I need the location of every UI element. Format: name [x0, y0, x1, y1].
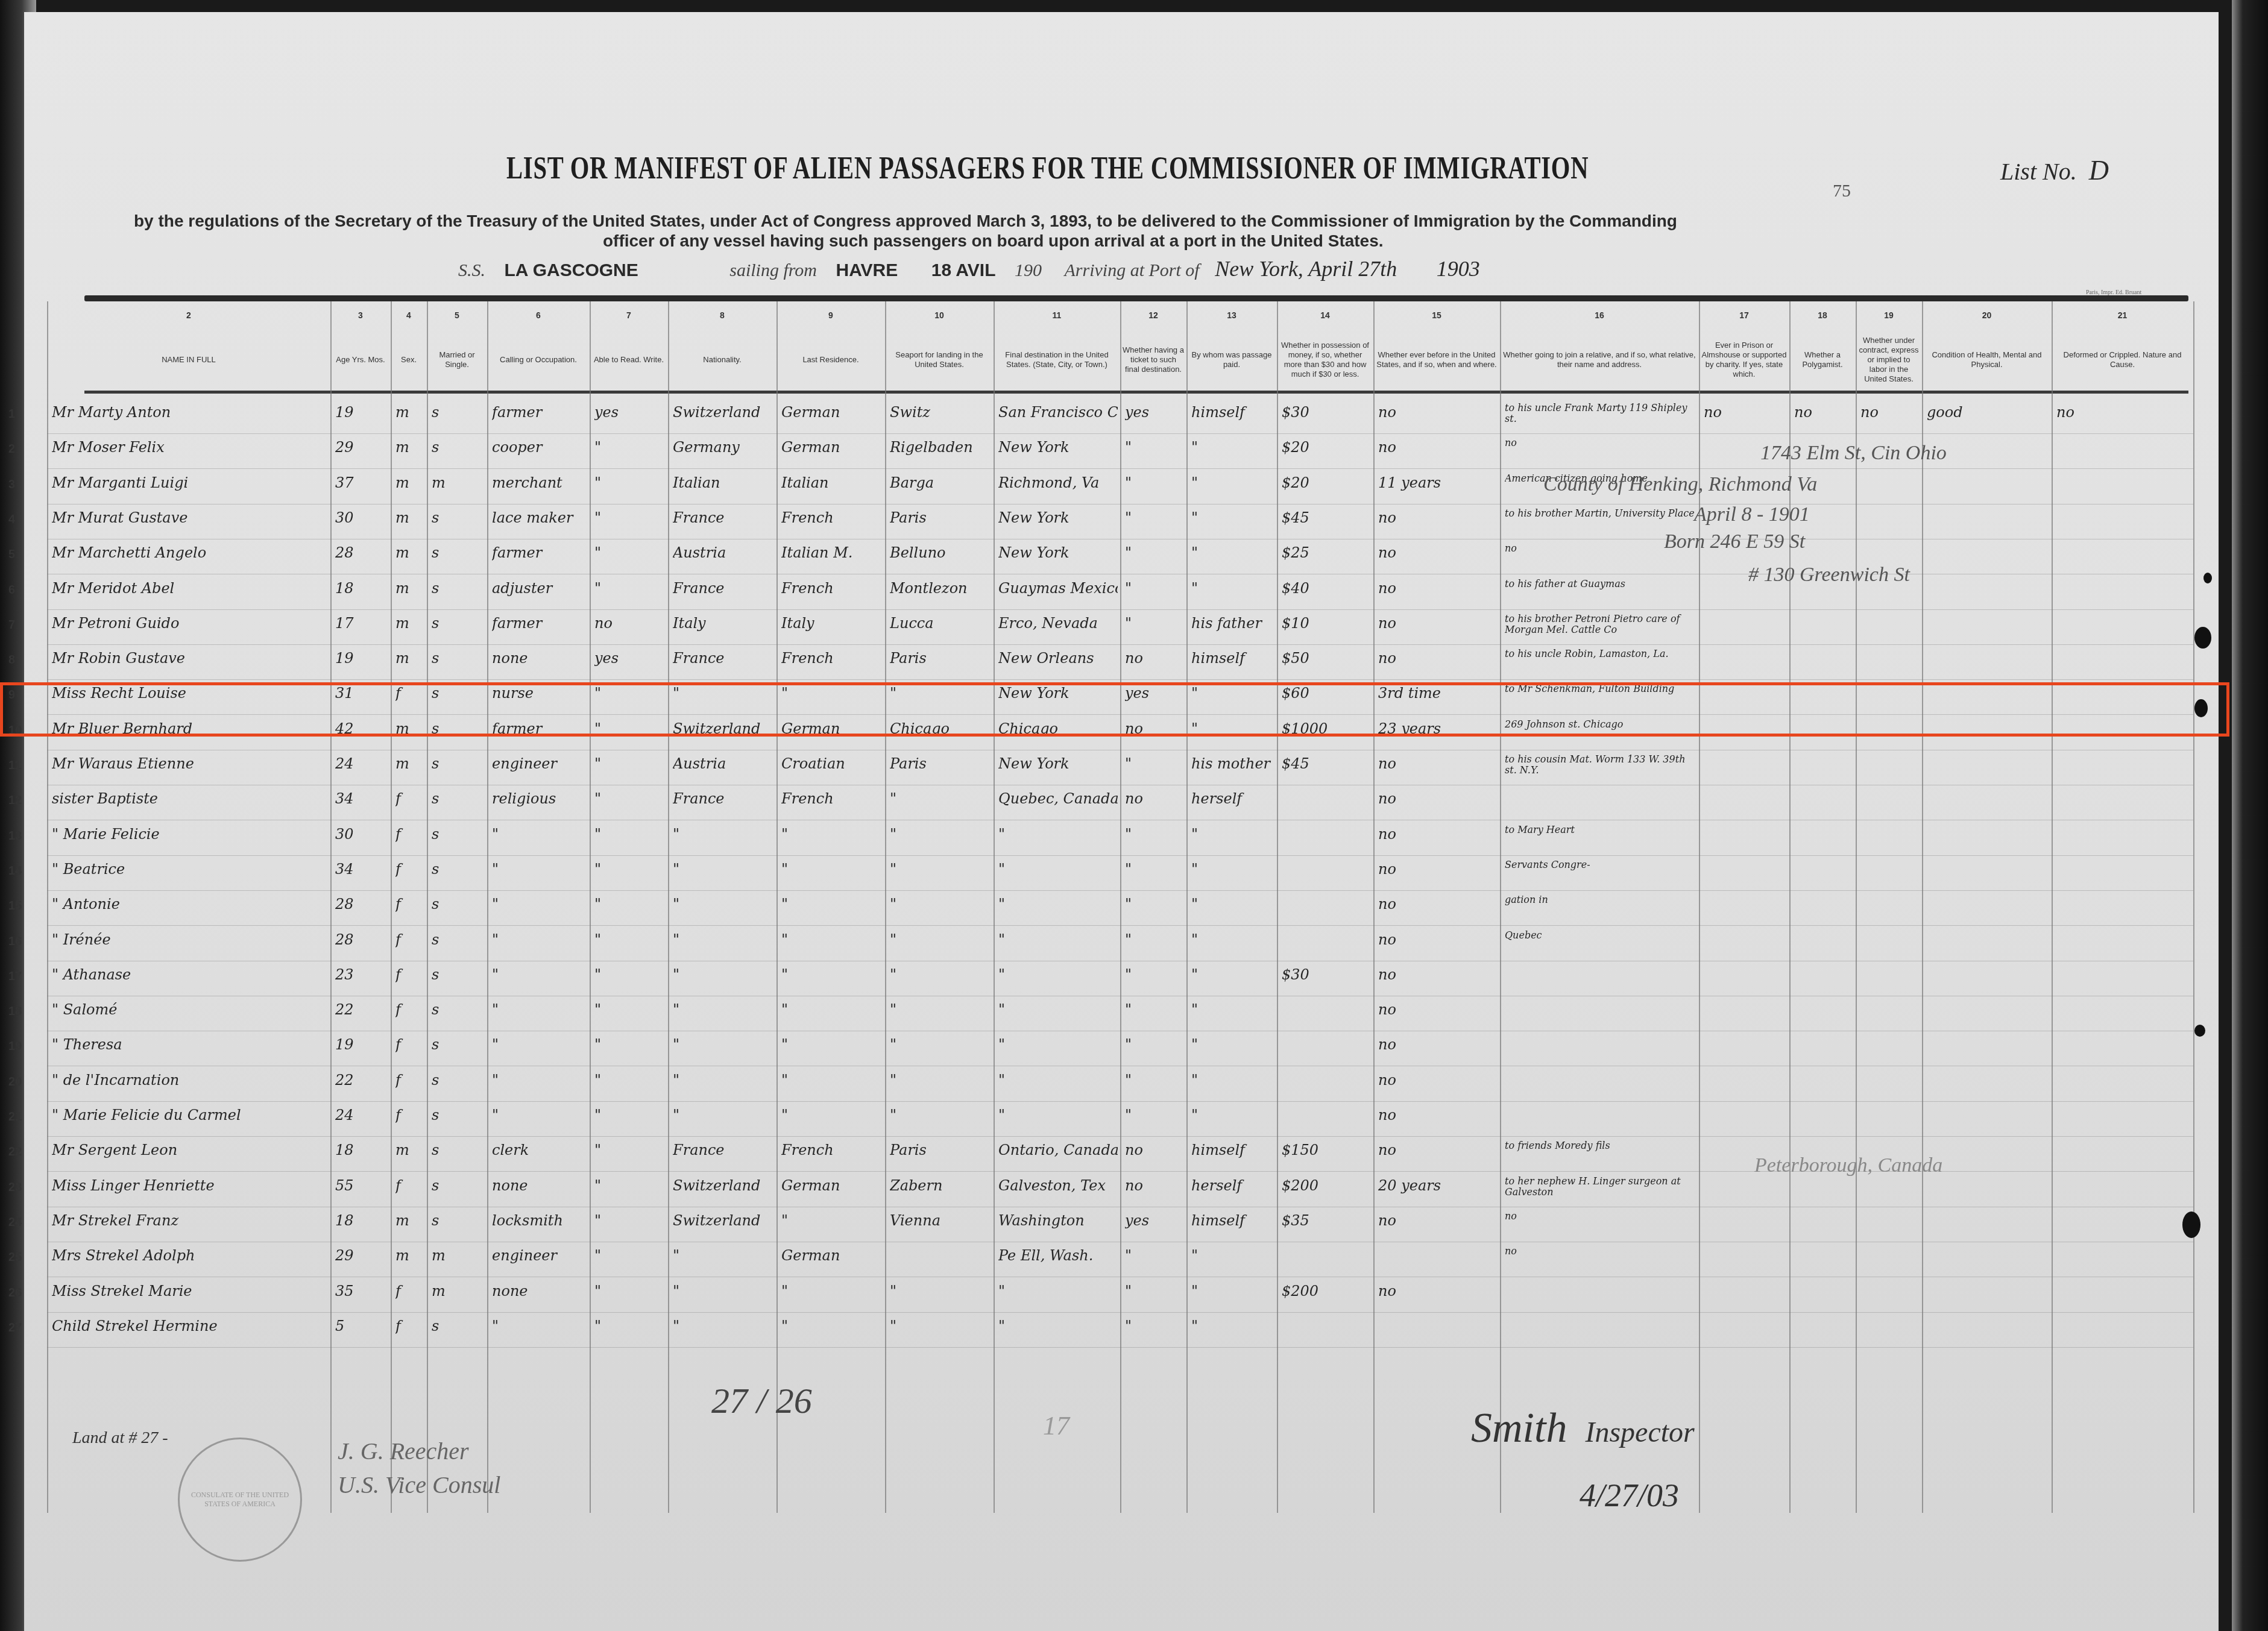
cell-paid: "	[1191, 1001, 1274, 1018]
row-number: 23	[8, 1181, 22, 1195]
cell-port: Paris	[890, 1142, 991, 1158]
cell-money: $10	[1282, 615, 1371, 632]
cell-rw: "	[594, 790, 666, 807]
cell-sex: f	[395, 826, 424, 843]
row-number: 6	[8, 583, 15, 597]
cell-name: Miss Strekel Marie	[52, 1283, 328, 1299]
column-number: 6	[487, 304, 590, 327]
cell-dest: New York	[998, 755, 1118, 772]
cell-before: no	[1378, 1036, 1498, 1053]
column-label: Condition of Health, Mental and Physical…	[1922, 327, 2052, 393]
column-label: NAME IN FULL	[47, 327, 330, 393]
cell-nat: Italian	[673, 474, 774, 491]
passenger-row[interactable]: 24Mr Strekel Franz18mslocksmith"Switzerl…	[47, 1207, 2193, 1242]
cell-ms: s	[432, 755, 485, 772]
column-header-18: 18Whether a Polygamist.	[1789, 301, 1856, 393]
cell-res: "	[781, 1107, 883, 1123]
cell-ticket: "	[1125, 439, 1184, 456]
cell-rw: no	[594, 615, 666, 632]
cell-ms: m	[432, 1283, 485, 1299]
cell-occ: nurse	[492, 685, 587, 702]
row-number: 22	[8, 1145, 22, 1159]
cell-c18: no	[1794, 404, 1853, 421]
column-number: 9	[776, 304, 885, 327]
passenger-row[interactable]: 19" Theresa19fs""""""""no	[47, 1031, 2193, 1066]
cell-paid: his father	[1191, 615, 1274, 632]
cell-name: Mr Robin Gustave	[52, 650, 328, 667]
cell-res: German	[781, 404, 883, 421]
cell-age: 24	[335, 1107, 388, 1123]
cell-name: Mrs Strekel Adolph	[52, 1247, 328, 1264]
cell-port: Paris	[890, 755, 991, 772]
cell-ms: s	[432, 544, 485, 561]
column-number: 7	[590, 304, 668, 327]
consul-signature: J. G. Reecher U.S. Vice Consul	[338, 1435, 500, 1502]
cell-dest: Richmond, Va	[998, 474, 1118, 491]
column-header-15: 15Whether ever before in the United Stat…	[1373, 301, 1500, 393]
punch-hole	[2194, 1025, 2205, 1037]
cell-port: "	[890, 1072, 991, 1089]
passenger-row[interactable]: 11Mr Waraus Etienne24msengineer"AustriaC…	[47, 750, 2193, 785]
cell-rw: "	[594, 1247, 666, 1264]
arriving-label: Arriving at Port of	[1064, 260, 1199, 280]
cell-ticket: "	[1125, 896, 1184, 913]
cell-age: 31	[335, 685, 388, 702]
cell-relative: to his brother Martin, University Place	[1505, 508, 1696, 519]
cell-ms: s	[432, 404, 485, 421]
row-number: 27	[8, 1321, 22, 1335]
passenger-row[interactable]: 13" Marie Felicie30fs""""""""noto Mary H…	[47, 821, 2193, 856]
cell-paid: "	[1191, 509, 1274, 526]
cell-c20: good	[1927, 404, 2049, 421]
cell-age: 28	[335, 896, 388, 913]
cell-occ: "	[492, 1318, 587, 1334]
cell-before: no	[1378, 826, 1498, 843]
cell-ticket: "	[1125, 1107, 1184, 1123]
cell-dest: Chicago	[998, 720, 1118, 737]
column-header-10: 10Seaport for landing in the United Stat…	[885, 301, 994, 393]
column-number: 20	[1922, 304, 2052, 327]
cell-paid: "	[1191, 966, 1274, 983]
cell-sex: m	[395, 1247, 424, 1264]
sailing-port: HAVRE	[836, 260, 898, 280]
row-number: 1	[8, 407, 15, 421]
cell-occ: "	[492, 826, 587, 843]
passenger-row[interactable]: 16" Irénée28fs""""""""noQuebec	[47, 926, 2193, 961]
row-number: 17	[8, 970, 22, 984]
cell-age: 18	[335, 1212, 388, 1229]
passenger-row[interactable]: 15" Antonie28fs""""""""nogation in	[47, 891, 2193, 926]
cell-ms: s	[432, 439, 485, 456]
column-header-17: 17Ever in Prison or Almshouse or support…	[1699, 301, 1789, 393]
cell-res: "	[781, 1212, 883, 1229]
cell-relative: Servants Congre-	[1505, 859, 1696, 870]
row-number: 4	[8, 513, 15, 527]
cell-rw: "	[594, 1001, 666, 1018]
cell-sex: f	[395, 790, 424, 807]
cell-name: " Salomé	[52, 1001, 328, 1018]
document-title: LIST OR MANIFEST OF ALIEN PASSAGERS FOR …	[506, 151, 1589, 186]
cell-age: 42	[335, 720, 388, 737]
cell-res: "	[781, 931, 883, 948]
cell-port: "	[890, 1318, 991, 1334]
cell-dest: "	[998, 1072, 1118, 1089]
margin-note-row5: # 130 Greenwich St	[1748, 564, 1910, 586]
cell-relative: gation in	[1505, 894, 1696, 905]
cell-occ: "	[492, 896, 587, 913]
cell-rw: "	[594, 1318, 666, 1334]
cell-nat: Austria	[673, 544, 774, 561]
cell-nat: France	[673, 790, 774, 807]
cell-ticket: "	[1125, 861, 1184, 878]
cell-nat: Austria	[673, 755, 774, 772]
row-number: 10	[8, 724, 22, 738]
cell-name: " Irénée	[52, 931, 328, 948]
cell-before: 20 years	[1378, 1177, 1498, 1194]
cell-res: Croatian	[781, 755, 883, 772]
column-number: 10	[885, 304, 994, 327]
cell-money: $35	[1282, 1212, 1371, 1229]
cell-paid: "	[1191, 1247, 1274, 1264]
cell-port: Zabern	[890, 1177, 991, 1194]
cell-nat: "	[673, 1318, 774, 1334]
row-number: 14	[8, 864, 22, 878]
cell-age: 37	[335, 474, 388, 491]
column-label: Whether a Polygamist.	[1789, 327, 1856, 393]
cell-before: 11 years	[1378, 474, 1498, 491]
cell-nat: "	[673, 1001, 774, 1018]
column-header-20: 20Condition of Health, Mental and Physic…	[1922, 301, 2052, 393]
passenger-row[interactable]: 4Mr Murat Gustave30mslace maker"FranceFr…	[47, 504, 2193, 539]
column-header-14: 14Whether in possession of money, if so,…	[1277, 301, 1373, 393]
passenger-row[interactable]: 25Mrs Strekel Adolph29mmengineer""German…	[47, 1242, 2193, 1277]
cell-port: "	[890, 1107, 991, 1123]
list-number-label: List No.	[2000, 158, 2077, 185]
cell-paid: "	[1191, 1107, 1274, 1123]
passenger-row[interactable]: 27Child Strekel Hermine5fs""""""""	[47, 1313, 2193, 1348]
passenger-row[interactable]: 14" Beatrice34fs""""""""noServants Congr…	[47, 856, 2193, 891]
cell-occ: farmer	[492, 544, 587, 561]
cell-res: French	[781, 580, 883, 597]
column-number: 11	[994, 304, 1120, 327]
row-number: 20	[8, 1075, 22, 1089]
cell-ms: s	[432, 1318, 485, 1334]
cell-dest: Guaymas Mexico	[998, 580, 1118, 597]
cell-port: "	[890, 861, 991, 878]
cell-port: Paris	[890, 650, 991, 667]
cell-paid: "	[1191, 1036, 1274, 1053]
cell-ms: s	[432, 896, 485, 913]
cell-before: no	[1378, 615, 1498, 632]
passenger-row[interactable]: 1Mr Marty Anton19msfarmeryesSwitzerlandG…	[47, 399, 2193, 434]
column-label: Age Yrs. Mos.	[330, 327, 391, 393]
cell-nat: "	[673, 861, 774, 878]
regulation-text-line2: officer of any vessel having such passen…	[603, 231, 1384, 251]
cell-before: no	[1378, 790, 1498, 807]
cell-ms: s	[432, 580, 485, 597]
cell-res: "	[781, 1318, 883, 1334]
column-number: 21	[2052, 304, 2193, 327]
passenger-row[interactable]: 21" Marie Felicie du Carmel24fs""""""""n…	[47, 1102, 2193, 1137]
cell-rw: "	[594, 544, 666, 561]
cell-rw: yes	[594, 650, 666, 667]
cell-rw: "	[594, 1212, 666, 1229]
cell-port: Belluno	[890, 544, 991, 561]
cell-res: "	[781, 1283, 883, 1299]
cell-paid: "	[1191, 896, 1274, 913]
column-label: Married or Single.	[427, 327, 487, 393]
cell-dest: "	[998, 826, 1118, 843]
cell-relative: to Mr Schenkman, Fulton Building	[1505, 684, 1696, 694]
cell-rw: "	[594, 1072, 666, 1089]
cell-res: "	[781, 685, 883, 702]
cell-ms: s	[432, 1177, 485, 1194]
cell-ms: m	[432, 1247, 485, 1264]
passenger-row[interactable]: 18" Salomé22fs""""""""no	[47, 996, 2193, 1031]
cell-name: " Marie Felicie du Carmel	[52, 1107, 328, 1123]
passenger-row[interactable]: 7Mr Petroni Guido17msfarmernoItalyItalyL…	[47, 610, 2193, 645]
cell-sex: f	[395, 966, 424, 983]
cell-before: no	[1378, 544, 1498, 561]
margin-note-row4: Born 246 E 59 St	[1664, 530, 1805, 553]
column-header-21: 21Deformed or Crippled. Nature and Cause…	[2052, 301, 2193, 393]
cell-res: Italy	[781, 615, 883, 632]
cell-ticket: "	[1125, 755, 1184, 772]
cell-occ: cooper	[492, 439, 587, 456]
cell-ticket: no	[1125, 720, 1184, 737]
cell-ticket: "	[1125, 509, 1184, 526]
cell-paid: "	[1191, 861, 1274, 878]
cell-ticket: no	[1125, 1177, 1184, 1194]
sailing-year-prefix: 190	[1015, 260, 1042, 280]
cell-sex: f	[395, 1107, 424, 1123]
cell-name: " Marie Felicie	[52, 826, 328, 843]
cell-paid: "	[1191, 439, 1274, 456]
cell-nat: France	[673, 650, 774, 667]
cell-name: Mr Marganti Luigi	[52, 474, 328, 491]
cell-paid: "	[1191, 685, 1274, 702]
cell-sex: m	[395, 439, 424, 456]
cell-relative: no	[1505, 1211, 1696, 1222]
cell-money: $1000	[1282, 720, 1371, 737]
page-stamp-number: 75	[1833, 181, 1851, 201]
cell-rw: "	[594, 685, 666, 702]
column-divider	[2193, 301, 2194, 1513]
cell-nat: "	[673, 1283, 774, 1299]
cell-occ: "	[492, 1036, 587, 1053]
cell-occ: "	[492, 1001, 587, 1018]
cell-occ: farmer	[492, 404, 587, 421]
cell-name: " Theresa	[52, 1036, 328, 1053]
cell-port: "	[890, 790, 991, 807]
row-number: 13	[8, 829, 22, 843]
cell-ms: s	[432, 1036, 485, 1053]
column-header-9: 9Last Residence.	[776, 301, 885, 393]
passenger-row[interactable]: 9Miss Recht Louise31fsnurse""""New Yorky…	[47, 680, 2193, 715]
cell-dest: New York	[998, 439, 1118, 456]
passenger-row[interactable]: 23Miss Linger Henriette55fsnone"Switzerl…	[47, 1172, 2193, 1207]
cell-paid: "	[1191, 1318, 1274, 1334]
cell-before: no	[1378, 1107, 1498, 1123]
column-header-4: 4Sex.	[391, 301, 427, 393]
cell-paid: herself	[1191, 790, 1274, 807]
row-number: 9	[8, 688, 15, 702]
cell-relative: to his cousin Mat. Worm 133 W. 39th st. …	[1505, 754, 1696, 776]
cell-occ: "	[492, 861, 587, 878]
cell-money: $45	[1282, 755, 1371, 772]
row-number: 11	[8, 759, 21, 773]
column-label: Calling or Occupation.	[487, 327, 590, 393]
row-number: 21	[8, 1110, 22, 1124]
cell-paid: "	[1191, 720, 1274, 737]
cell-paid: himself	[1191, 650, 1274, 667]
column-header-2: 2NAME IN FULL	[47, 301, 330, 393]
tally-mark: 17	[1043, 1410, 1069, 1441]
list-number: List No.D	[2000, 154, 2109, 186]
cell-ticket: yes	[1125, 685, 1184, 702]
cell-money: $50	[1282, 650, 1371, 667]
row-number: 15	[8, 899, 22, 913]
row-number: 16	[8, 935, 22, 949]
cell-nat: "	[673, 931, 774, 948]
cell-before: no	[1378, 1142, 1498, 1158]
cell-sex: f	[395, 1283, 424, 1299]
cell-rw: "	[594, 896, 666, 913]
column-label: By whom was passage paid.	[1186, 327, 1277, 393]
cell-occ: engineer	[492, 1247, 587, 1264]
cell-paid: "	[1191, 1072, 1274, 1089]
cell-rw: "	[594, 931, 666, 948]
ship-name: LA GASCOGNE	[505, 260, 638, 280]
passenger-row[interactable]: 12sister Baptiste34fsreligious"FranceFre…	[47, 785, 2193, 820]
cell-before: no	[1378, 755, 1498, 772]
cell-rw: "	[594, 861, 666, 878]
landed-note: Land at # 27 -	[72, 1428, 168, 1448]
cell-before: no	[1378, 861, 1498, 878]
cell-paid: "	[1191, 1283, 1274, 1299]
cell-sex: f	[395, 1072, 424, 1089]
margin-note-row3: April 8 - 1901	[1694, 503, 1810, 526]
cell-occ: none	[492, 650, 587, 667]
cell-dest: "	[998, 1107, 1118, 1123]
cell-occ: "	[492, 1072, 587, 1089]
cell-rw: "	[594, 509, 666, 526]
cell-ms: s	[432, 1107, 485, 1123]
cell-age: 34	[335, 790, 388, 807]
cell-port: Switz	[890, 404, 991, 421]
cell-age: 23	[335, 966, 388, 983]
cell-res: German	[781, 1247, 883, 1264]
cell-nat: "	[673, 826, 774, 843]
cell-occ: locksmith	[492, 1212, 587, 1229]
cell-ticket: "	[1125, 1001, 1184, 1018]
cell-before: no	[1378, 1212, 1498, 1229]
cell-sex: m	[395, 650, 424, 667]
cell-age: 29	[335, 1247, 388, 1264]
cell-relative: to her nephew H. Linger surgeon at Galve…	[1505, 1176, 1696, 1198]
consul-name: J. G. Reecher	[338, 1435, 500, 1468]
cell-age: 24	[335, 755, 388, 772]
cell-age: 5	[335, 1318, 388, 1334]
cell-before: no	[1378, 896, 1498, 913]
cell-occ: adjuster	[492, 580, 587, 597]
cell-relative: to his uncle Frank Marty 119 Shipley st.	[1505, 403, 1696, 424]
cell-name: " Antonie	[52, 896, 328, 913]
passenger-row[interactable]: 20" de l'Incarnation22fs""""""""no	[47, 1067, 2193, 1102]
cell-port: Vienna	[890, 1212, 991, 1229]
cell-res: German	[781, 1177, 883, 1194]
cell-nat: "	[673, 685, 774, 702]
cell-money: $25	[1282, 544, 1371, 561]
cell-before: no	[1378, 439, 1498, 456]
cell-nat: Switzerland	[673, 404, 774, 421]
cell-nat: Switzerland	[673, 1177, 774, 1194]
cell-ms: s	[432, 931, 485, 948]
column-label: Whether having a ticket to such final de…	[1120, 327, 1186, 393]
cell-port: Paris	[890, 509, 991, 526]
passenger-row[interactable]: 10Mr Bluer Bernhard42msfarmer"Switzerlan…	[47, 715, 2193, 750]
cell-nat: Italy	[673, 615, 774, 632]
cell-relative: Quebec	[1505, 930, 1696, 941]
passenger-row[interactable]: 3Mr Marganti Luigi37mmmerchant"ItalianIt…	[47, 470, 2193, 504]
cell-name: " de l'Incarnation	[52, 1072, 328, 1089]
cell-age: 18	[335, 1142, 388, 1158]
cell-name: Child Strekel Hermine	[52, 1318, 328, 1334]
column-label: Whether ever before in the United States…	[1373, 327, 1500, 393]
cell-port: "	[890, 685, 991, 702]
cell-nat: France	[673, 580, 774, 597]
column-header-3: 3Age Yrs. Mos.	[330, 301, 391, 393]
cell-nat: Switzerland	[673, 1212, 774, 1229]
cell-name: Mr Marty Anton	[52, 404, 328, 421]
cell-ticket: "	[1125, 1036, 1184, 1053]
cell-port: Lucca	[890, 615, 991, 632]
sailing-date: 18 AVIL	[931, 260, 996, 280]
column-number: 5	[427, 304, 487, 327]
cell-age: 30	[335, 509, 388, 526]
cell-port: "	[890, 1283, 991, 1299]
cell-ticket: "	[1125, 580, 1184, 597]
cell-occ: religious	[492, 790, 587, 807]
cell-ticket: yes	[1125, 1212, 1184, 1229]
cell-occ: "	[492, 1107, 587, 1123]
cell-nat: Germany	[673, 439, 774, 456]
consul-title: U.S. Vice Consul	[338, 1468, 500, 1502]
cell-ticket: "	[1125, 1247, 1184, 1264]
inspector-name: Smith	[1471, 1405, 1567, 1451]
cell-sex: f	[395, 931, 424, 948]
punch-hole	[2194, 627, 2211, 649]
cell-before: no	[1378, 404, 1498, 421]
passenger-row[interactable]: 17" Athanase23fs""""""""$30no	[47, 961, 2193, 996]
passenger-row[interactable]: 8Mr Robin Gustave19msnoneyesFranceFrench…	[47, 645, 2193, 680]
cell-age: 19	[335, 404, 388, 421]
cell-sex: m	[395, 615, 424, 632]
passenger-row[interactable]: 26Miss Strekel Marie35fmnone"""""""$200n…	[47, 1278, 2193, 1313]
cell-rw: "	[594, 755, 666, 772]
cell-paid: herself	[1191, 1177, 1274, 1194]
cell-sex: m	[395, 1212, 424, 1229]
consular-seal: CONSULATE OF THE UNITED STATES OF AMERIC…	[178, 1438, 302, 1562]
cell-nat: Switzerland	[673, 720, 774, 737]
cell-before: no	[1378, 966, 1498, 983]
scan-right-edge	[2232, 0, 2268, 1631]
row-number: 8	[8, 653, 15, 667]
cell-occ: engineer	[492, 755, 587, 772]
cell-ticket: "	[1125, 1072, 1184, 1089]
cell-paid: "	[1191, 544, 1274, 561]
voyage-line: S.S. LA GASCOGNE sailing from HAVRE 18 A…	[458, 256, 1491, 281]
